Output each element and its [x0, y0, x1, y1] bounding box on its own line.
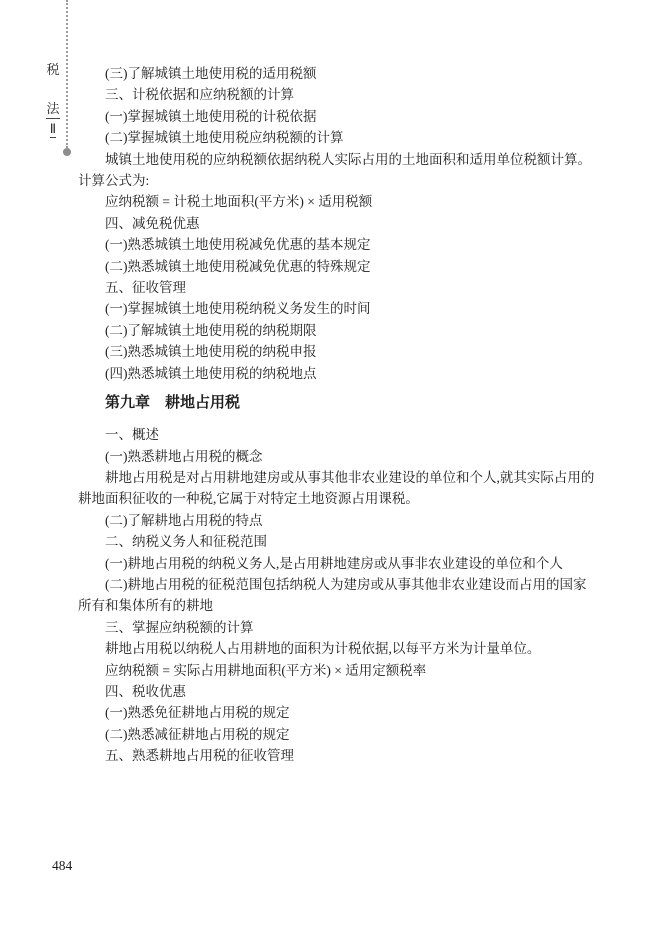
text-line: (一)熟悉城镇土地使用税减免优惠的基本规定	[78, 234, 592, 255]
text-line: (一)熟悉免征耕地占用税的规定	[78, 702, 592, 723]
chapter-heading: 第九章 耕地占用税	[78, 393, 592, 413]
text-line: 四、税收优惠	[78, 681, 592, 702]
spine-dot-icon	[63, 148, 71, 156]
text-line: 耕地占用税是对占用耕地建房或从事其他非农业建设的单位和个人,就其实际占用的	[78, 467, 592, 488]
spine-dotted-line	[66, 0, 68, 148]
text-line: 五、熟悉耕地占用税的征收管理	[78, 745, 592, 766]
text-line: (二)掌握城镇土地使用税应纳税额的计算	[78, 127, 592, 148]
spine-char-fa: 法	[46, 102, 59, 118]
text-line: (二)耕地占用税的征税范围包括纳税人为建房或从事其他非农业建设而占用的国家	[78, 574, 592, 595]
text-line: 五、征收管理	[78, 277, 592, 298]
text-line: 三、掌握应纳税额的计算	[78, 617, 592, 638]
text-line: (一)掌握城镇土地使用税的计税依据	[78, 106, 592, 127]
page-content: (三)了解城镇土地使用税的适用税额三、计税依据和应纳税额的计算(一)掌握城镇土地…	[78, 63, 592, 767]
text-line: 计算公式为:	[78, 170, 592, 191]
text-line: (一)掌握城镇土地使用税纳税义务发生的时间	[78, 298, 592, 319]
text-line: (二)熟悉城镇土地使用税减免优惠的特殊规定	[78, 256, 592, 277]
text-line: (四)熟悉城镇土地使用税的纳税地点	[78, 363, 592, 384]
text-line: (一)耕地占用税的纳税义务人,是占用耕地建房或从事非农业建设的单位和个人	[78, 553, 592, 574]
text-line: (二)了解城镇土地使用税的纳税期限	[78, 320, 592, 341]
text-line: (二)了解耕地占用税的特点	[78, 510, 592, 531]
text-line: (一)熟悉耕地占用税的概念	[78, 446, 592, 467]
text-line: 三、计税依据和应纳税额的计算	[78, 84, 592, 105]
spine-char-shui: 税	[46, 63, 59, 77]
text-line: 耕地占用税以纳税人占用耕地的面积为计税依据,以每平方米为计量单位。	[78, 638, 592, 659]
text-line: 二、纳税义务人和征税范围	[78, 531, 592, 552]
text-line: 应纳税额 = 计税土地面积(平方米) × 适用税额	[78, 191, 592, 212]
text-line: 应纳税额 = 实际占用耕地面积(平方米) × 适用定额税率	[78, 660, 592, 681]
spine-title: 税 法 Ⅱ	[42, 63, 64, 138]
text-line: (三)熟悉城镇土地使用税的纳税申报	[78, 341, 592, 362]
text-lines: (三)了解城镇土地使用税的适用税额三、计税依据和应纳税额的计算(一)掌握城镇土地…	[78, 63, 592, 767]
text-line: 四、减免税优惠	[78, 213, 592, 234]
text-line: (三)了解城镇土地使用税的适用税额	[78, 63, 592, 84]
spine-char-roman-two: Ⅱ	[50, 122, 56, 138]
page-number: 484	[52, 858, 72, 874]
document-page: 税 法 Ⅱ (三)了解城镇土地使用税的适用税额三、计税依据和应纳税额的计算(一)…	[0, 0, 655, 935]
text-line: 一、概述	[78, 424, 592, 445]
text-line: 所有和集体所有的耕地	[78, 595, 592, 616]
text-line: 耕地面积征收的一种税,它属于对特定土地资源占用课税。	[78, 488, 592, 509]
text-line: (二)熟悉减征耕地占用税的规定	[78, 724, 592, 745]
text-line: 城镇土地使用税的应纳税额依据纳税人实际占用的土地面积和适用单位税额计算。	[78, 149, 592, 170]
